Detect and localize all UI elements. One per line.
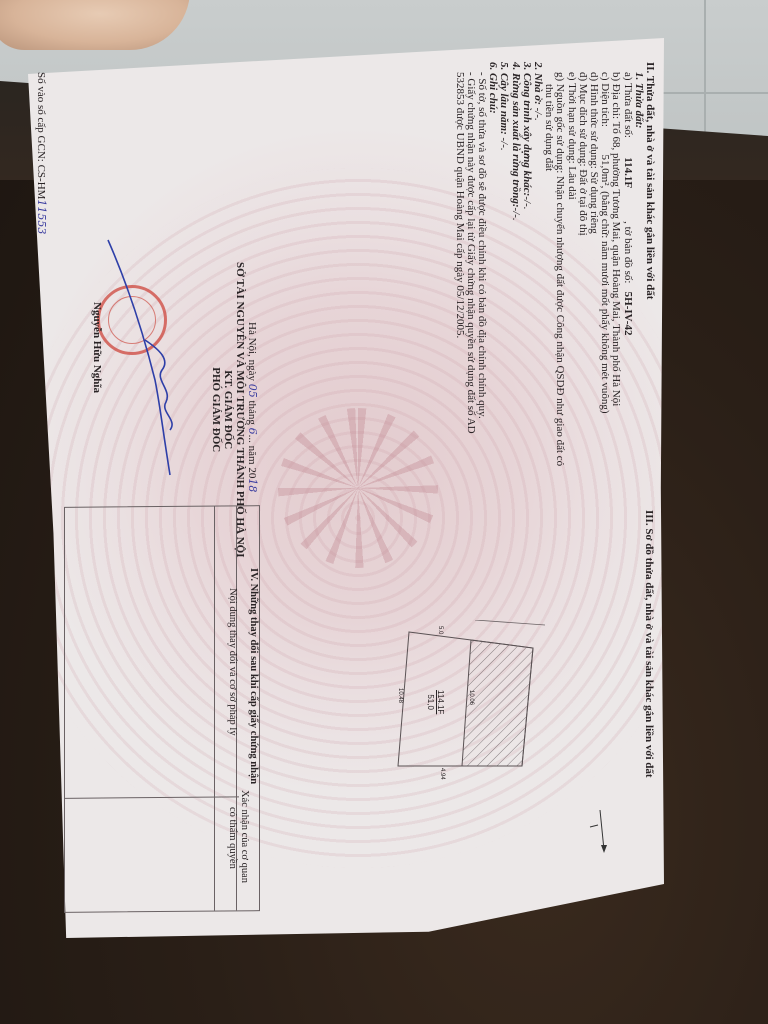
use-form: d) Hình thức sử dụng: Sử dụng riêng bbox=[588, 62, 599, 466]
day-handwritten: 05 bbox=[246, 384, 259, 398]
dim-bottom: 4.94 bbox=[439, 768, 445, 780]
section-ii: II. Thửa đất, nhà ở và tài sản khác gắn … bbox=[453, 62, 655, 466]
area-line: c) Diện tích: 51,0m², (bằng chữ: năm mươ… bbox=[599, 62, 610, 466]
parcel-id-label: 114.1F 51,0 bbox=[425, 690, 445, 714]
map-sheet-number: 5H-IV-42 bbox=[622, 292, 634, 336]
column-changes-header: Nội dung thay đổi và cơ sở pháp lý bbox=[227, 588, 238, 736]
parcel-line: a) Thửa đất số: 114.1F , tờ bản đồ số: 5… bbox=[621, 62, 632, 466]
origin-continued: thu tiền sử dụng đất bbox=[543, 62, 554, 466]
month-handwritten: 6 bbox=[246, 428, 259, 435]
dim-top: 5.0 bbox=[437, 626, 443, 634]
other-works-line: 3. Công trình xây dựng khác:-/-. bbox=[521, 62, 532, 466]
dim-left: 10.48 bbox=[397, 688, 403, 703]
area-value: 51,0m², (bằng chữ: năm mươi mốt phẩy khô… bbox=[599, 154, 611, 413]
table-column-divider bbox=[65, 796, 239, 799]
column-confirm-header-2: có thẩm quyền bbox=[227, 795, 238, 869]
perennial-line: 5. Cây lâu năm: -/-. bbox=[498, 62, 509, 466]
note-2: - Giấy chứng nhận này được cấp lại từ Gi… bbox=[465, 62, 476, 466]
registration-handwritten: 11553 bbox=[35, 199, 48, 234]
origin: g) Nguồn gốc sử dụng: Nhận chuyển nhượng… bbox=[554, 62, 565, 466]
year-handwritten: 18 bbox=[246, 478, 259, 492]
registration-number: Số vào sổ cấp GCN: CS-HM11553 bbox=[35, 72, 48, 234]
note-3: 532853 được UBND quận Hoàng Mai cấp ngày… bbox=[453, 62, 464, 466]
house-line: 2. Nhà ở: -/-. bbox=[532, 62, 543, 466]
section-iv-title: IV. Những thay đổi sau khi cấp giấy chứn… bbox=[248, 568, 259, 784]
section-ii-title: II. Thửa đất, nhà ở và tài sản khác gắn … bbox=[644, 62, 655, 466]
plant-forest-line: 4. Rừng sản xuất là rừng trồng:-/-. bbox=[509, 62, 520, 466]
section-iii-title: III. Sơ đồ thửa đất, nhà ở và tài sản kh… bbox=[643, 510, 655, 778]
blue-signature bbox=[100, 230, 190, 490]
north-arrow-icon bbox=[580, 805, 620, 865]
address: b) Địa chỉ: Tổ 68, phường Tương Mai, quậ… bbox=[610, 62, 621, 466]
dim-right: 10.06 bbox=[468, 690, 474, 705]
column-confirm-header-1: Xác nhận của cơ quan bbox=[239, 790, 250, 883]
tile-grout bbox=[704, 0, 706, 150]
land-heading: 1. Thửa đất: bbox=[633, 62, 644, 466]
parcel-number: 114.1F bbox=[622, 157, 634, 188]
signer-name: Nguyễn Hữu Nghĩa bbox=[91, 302, 103, 393]
note-1: - Số tờ, số thửa và sơ đồ sẽ được điều c… bbox=[476, 62, 487, 466]
drum-watermark-star bbox=[278, 408, 438, 568]
use-purpose: đ) Mục đích sử dụng: Đất ở tại đô thị bbox=[577, 62, 588, 466]
notes-heading: 6. Ghi chú: bbox=[487, 62, 498, 466]
use-term: e) Thời hạn sử dụng: Lâu dài bbox=[565, 62, 576, 466]
